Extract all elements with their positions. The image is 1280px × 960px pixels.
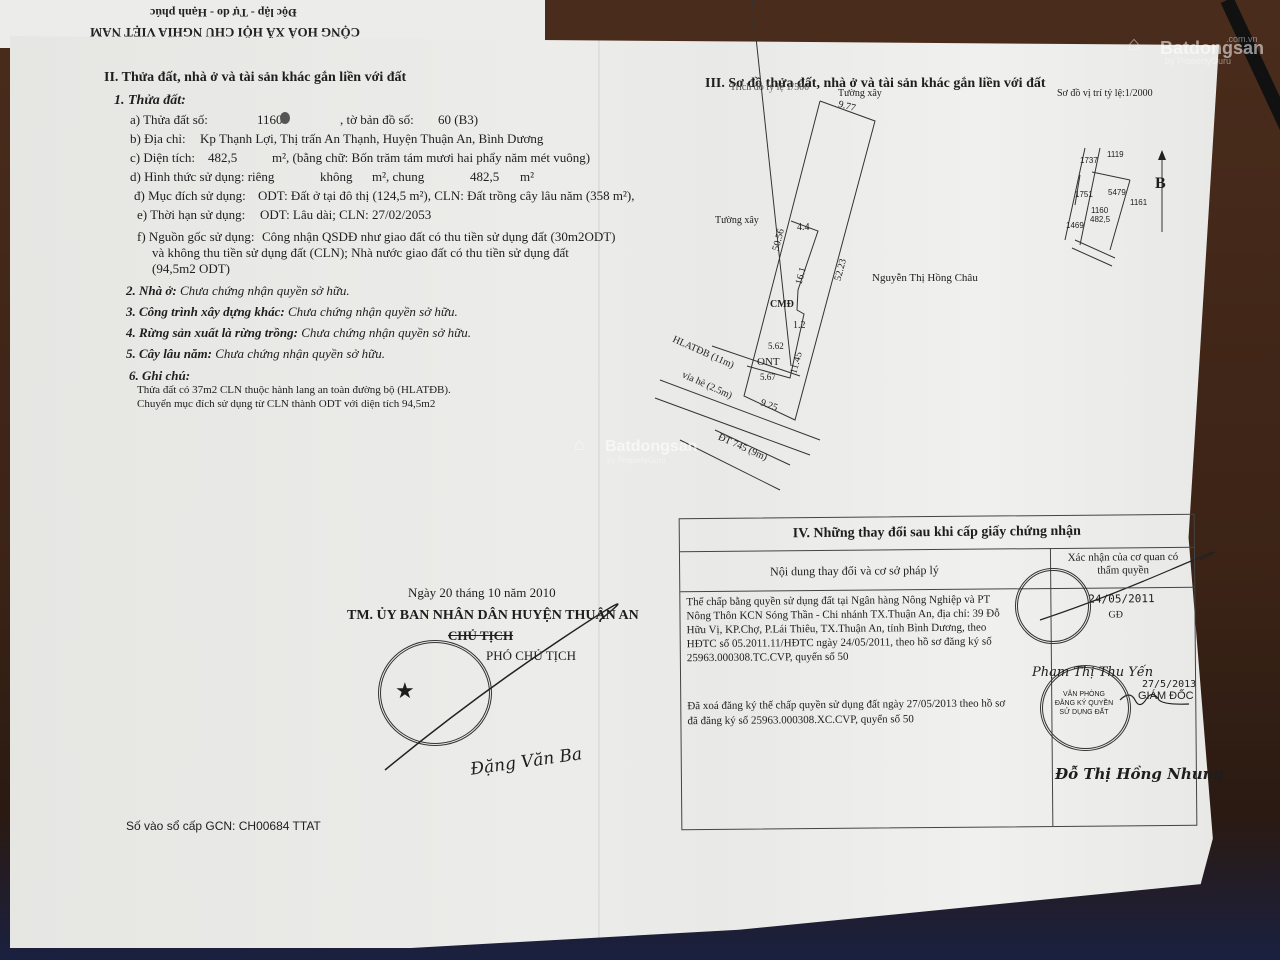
entry2-role: GIÁM ĐỐC: [1138, 688, 1194, 704]
parcel-1119: 1119: [1107, 147, 1124, 163]
entry1-line: 25963.000308.TC.CVP, quyển số 50: [687, 648, 1047, 665]
dim-inner-top: 4.4: [797, 220, 810, 236]
entry1-confirm-date: 24/05/2011: [1088, 591, 1154, 608]
entry2-line: đã đăng ký số 25963.000308.XC.CVP, quyển…: [687, 711, 1067, 729]
watermark-logo-center-icon: ⌂: [574, 436, 585, 452]
signer-name-right: Đỗ Thị Hồng Nhung: [1055, 765, 1224, 783]
parcel-1469: 1469: [1066, 218, 1084, 234]
watermark-sub-center: by PropertyGuru: [607, 456, 666, 465]
dim-ont-top: 5.62: [768, 338, 784, 354]
stamp-registry-text: VĂN PHÒNG ĐĂNG KÝ QUYỀN SỬ DỤNG ĐẤT: [1054, 690, 1114, 717]
watermark-sub-top: by PropertyGuru: [1165, 56, 1231, 66]
official-stamp-mortgage: [1015, 568, 1091, 644]
entry2: Đã xoá đăng ký thế chấp quyền sử dụng đấ…: [687, 696, 1067, 729]
section4-title: IV. Những thay đổi sau khi cấp giấy chứn…: [680, 515, 1194, 552]
watermark-brand-center: Batdongsan: [605, 438, 697, 456]
north-arrow-icon: B: [1155, 176, 1166, 192]
watermark-domain-top: .com.vn: [1226, 34, 1258, 44]
parcel-1160-area: 482,5: [1090, 212, 1110, 228]
label-ont: ONT: [757, 354, 780, 370]
label-neighbor: Nguyễn Thị Hồng Châu: [872, 270, 978, 286]
watermark-logo-icon: ⌂: [1128, 36, 1140, 52]
label-wall-left: Tường xây: [715, 213, 759, 229]
label-cmd: CMĐ: [770, 297, 794, 313]
parcel-1737: 1737: [1080, 153, 1098, 169]
col1-header: Nội dung thay đổi và cơ sở pháp lý: [770, 562, 939, 579]
signer-top: Phạm Thị Thu Yến: [1032, 665, 1153, 680]
parcel-1161: 1161: [1130, 195, 1147, 211]
dim-step: 1.2: [793, 318, 806, 334]
parcel-1751: 1751: [1075, 187, 1093, 203]
col2-header: Xác nhận của cơ quan có thẩm quyền: [1064, 551, 1182, 578]
parcel-5479: 5479: [1108, 185, 1126, 201]
entry1-confirm-note: GĐ: [1108, 607, 1123, 623]
dim-ont-bottom: 5.67: [760, 369, 776, 385]
entry1: Thế chấp bằng quyền sử dụng đất tại Ngân…: [686, 592, 1047, 665]
